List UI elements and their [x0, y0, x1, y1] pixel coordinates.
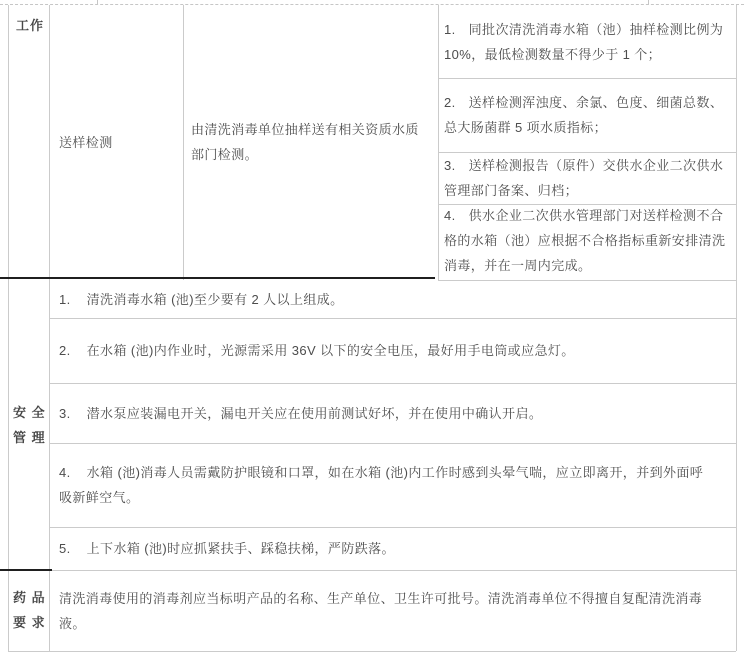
- safety-item: 1.清洗消毒水箱 (池)至少要有 2 人以上组成。: [50, 281, 736, 317]
- section-divider-dark: [0, 569, 52, 571]
- item-text: 潜水泵应装漏电开关，漏电开关应在使用前测试好坏，并在使用中确认开启。: [87, 406, 543, 421]
- row-header-chemicals-line1: 药品: [9, 585, 49, 610]
- table-border-bottom: [8, 651, 736, 652]
- safety-item: 4.水箱 (池)消毒人员需戴防护眼镜和口罩，如在水箱 (池)内工作时感到头晕气喘…: [50, 444, 736, 526]
- row-header-safety-line1: 安全: [9, 400, 49, 425]
- safety-item: 5.上下水箱 (池)时应抓紧扶手、踩稳扶梯，严防跌落。: [50, 528, 736, 569]
- item-number: 2.: [444, 95, 456, 110]
- row-header-safety: 安全 管理: [9, 400, 49, 450]
- item-number: 3.: [444, 158, 456, 173]
- item-number: 5.: [59, 541, 71, 556]
- item-number: 1.: [444, 22, 456, 37]
- row-header-safety-line2: 管理: [9, 425, 49, 450]
- requirement-item: 3.送样检测报告（原件）交供水企业二次供水管理部门备案、归档；: [439, 153, 736, 203]
- requirement-item: 2.送样检测浑浊度、余氯、色度、细菌总数、总大肠菌群 5 项水质指标；: [439, 79, 736, 151]
- cell-method: 由清洗消毒单位抽样送有相关资质水质部门检测。: [184, 6, 438, 278]
- item-text: 在水箱 (池)内作业时，光源需采用 36V 以下的安全电压，最好用手电筒或应急灯…: [87, 343, 575, 358]
- row-header-work: 工作: [9, 13, 49, 38]
- item-number: 3.: [59, 406, 71, 421]
- safety-item: 3.潜水泵应装漏电开关，漏电开关应在使用前测试好坏，并在使用中确认开启。: [50, 384, 736, 442]
- item-text: 上下水箱 (池)时应抓紧扶手、踩稳扶梯，严防跌落。: [87, 541, 395, 556]
- top-dashed-boundary: [0, 4, 744, 5]
- item-number: 4.: [59, 465, 71, 480]
- document-page: 工作 送样检测 由清洗消毒单位抽样送有相关资质水质部门检测。 1.同批次清洗消毒…: [0, 0, 744, 657]
- chemical-requirement-text: 清洗消毒使用的消毒剂应当标明产品的名称、生产单位、卫生许可批号。清洗消毒单位不得…: [50, 571, 736, 650]
- table-border-right: [736, 5, 737, 651]
- row-header-chemicals: 药品 要求: [9, 585, 49, 635]
- item-text: 清洗消毒水箱 (池)至少要有 2 人以上组成。: [87, 292, 344, 307]
- item-text: 送样检测报告（原件）交供水企业二次供水管理部门备案、归档；: [444, 158, 723, 198]
- safety-item: 2.在水箱 (池)内作业时，光源需采用 36V 以下的安全电压，最好用手电筒或应…: [50, 319, 736, 382]
- table-border-left: [8, 5, 9, 651]
- item-number: 2.: [59, 343, 71, 358]
- item-text: 送样检测浑浊度、余氯、色度、细菌总数、总大肠菌群 5 项水质指标；: [444, 95, 723, 135]
- item-number: 1.: [59, 292, 71, 307]
- item-text: 水箱 (池)消毒人员需戴防护眼镜和口罩，如在水箱 (池)内工作时感到头晕气喘，应…: [59, 465, 703, 505]
- item-text: 同批次清洗消毒水箱（池）抽样检测比例为 10%，最低检测数量不得少于 1 个；: [444, 22, 723, 62]
- cell-task-name: 送样检测: [50, 6, 183, 278]
- top-dashed-stub: [97, 0, 98, 5]
- requirement-item: 4.供水企业二次供水管理部门对送样检测不合格的水箱（池）应根据不合格指标重新安排…: [439, 205, 736, 276]
- item-number: 4.: [444, 208, 456, 223]
- top-dashed-stub: [648, 0, 649, 5]
- item-text: 供水企业二次供水管理部门对送样检测不合格的水箱（池）应根据不合格指标重新安排清洗…: [444, 208, 725, 273]
- row-header-chemicals-line2: 要求: [9, 610, 49, 635]
- requirement-item: 1.同批次清洗消毒水箱（池）抽样检测比例为 10%，最低检测数量不得少于 1 个…: [439, 6, 736, 77]
